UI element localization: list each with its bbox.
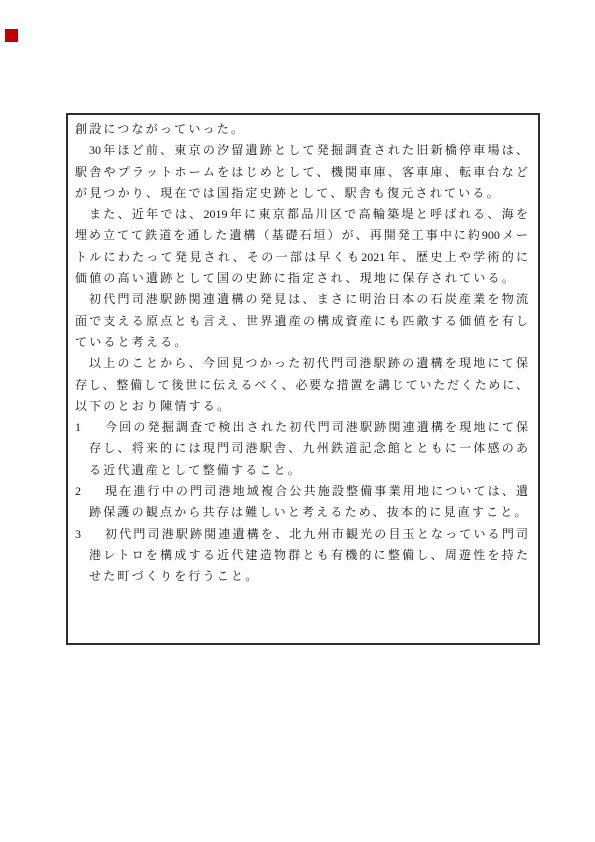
item-number: 1 [75, 417, 105, 438]
text-line: 1今回の発掘調査で検出された初代門司港駅跡関連遺構を現地にて保 [75, 417, 528, 438]
text-line: 埋め立てて鉄道を通した遺構（基礎石垣）が、再開発工事中に約900メー [75, 225, 528, 246]
item-text: 初代門司港駅跡関連遺構を、北九州市観光の目玉となっている門司 [105, 524, 528, 545]
red-square-marker [5, 29, 18, 42]
text-line: 以上のことから、今回見つかった初代門司港駅跡の遺構を現地にて保 [75, 353, 528, 374]
text-line: 存し、整備して後世に伝えるべく、必要な措置を講じていただくために、 [75, 375, 528, 396]
text-line: 30年ほど前、東京の汐留遺跡として発掘調査された旧新橋停車場は、 [75, 140, 528, 161]
item-text: 今回の発掘調査で検出された初代門司港駅跡関連遺構を現地にて保 [105, 417, 528, 438]
petition-text-box: 創設につながっていった。30年ほど前、東京の汐留遺跡として発掘調査された旧新橋停… [66, 113, 540, 645]
text-line: 港レトロを構成する近代建造物群とも有機的に整備し、周遊性を持た [75, 545, 528, 566]
text-line: 跡保護の観点から共存は難しいと考えるため、抜本的に見直すこと。 [75, 502, 528, 523]
text-line: 面で支える原点とも言え、世界遺産の構成資産にも匹敵する価値を有し [75, 311, 528, 332]
text-line: 2現在進行中の門司港地域複合公共施設整備事業用地については、遺 [75, 481, 528, 502]
text-line: ていると考える。 [75, 332, 528, 353]
text-line: 以下のとおり陳情する。 [75, 396, 528, 417]
text-line: 駅舎やプラットホームをはじめとして、機関車庫、客車庫、転車台など [75, 162, 528, 183]
document-lines: 創設につながっていった。30年ほど前、東京の汐留遺跡として発掘調査された旧新橋停… [75, 119, 528, 588]
text-line: が見つかり、現在では国指定史跡として、駅舎も復元されている。 [75, 183, 528, 204]
item-number: 3 [75, 524, 105, 545]
text-line: 価値の高い遺跡として国の史跡に指定され、現地に保存されている。 [75, 268, 528, 289]
text-line: トルにわたって発見され、その一部は早くも2021年、歴史上や学術的に [75, 247, 528, 268]
text-line: る近代遺産として整備すること。 [75, 460, 528, 481]
item-text: 現在進行中の門司港地域複合公共施設整備事業用地については、遺 [105, 481, 528, 502]
text-line: また、近年では、2019年に東京都品川区で高輪築堤と呼ばれる、海を [75, 204, 528, 225]
text-line: 3初代門司港駅跡関連遺構を、北九州市観光の目玉となっている門司 [75, 524, 528, 545]
document-page: 創設につながっていった。30年ほど前、東京の汐留遺跡として発掘調査された旧新橋停… [0, 0, 595, 842]
text-line: せた町づくりを行うこと。 [75, 566, 528, 587]
text-line: 創設につながっていった。 [75, 119, 528, 140]
item-number: 2 [75, 481, 105, 502]
text-line: 存し、将来的には現門司港駅舎、九州鉄道記念館とともに一体感のあ [75, 438, 528, 459]
text-line: 初代門司港駅跡関連遺構の発見は、まさに明治日本の石炭産業を物流 [75, 289, 528, 310]
